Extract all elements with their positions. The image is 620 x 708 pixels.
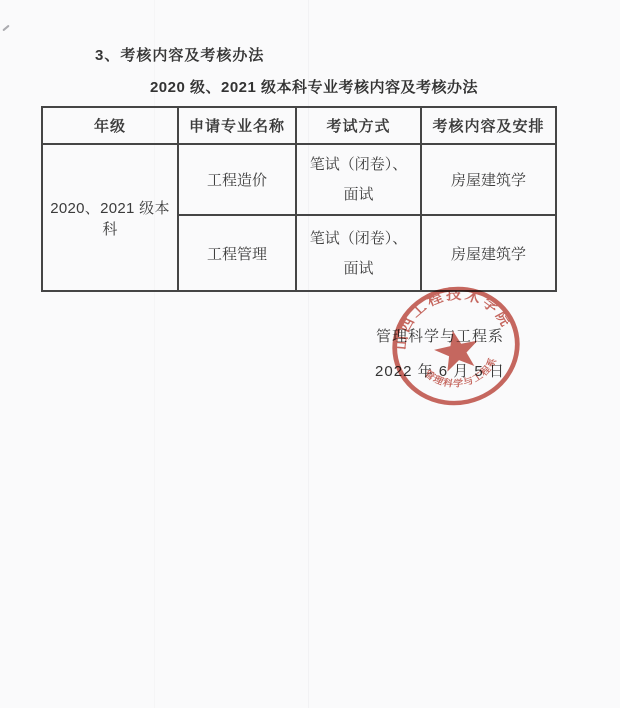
scan-artifact-speck xyxy=(2,25,9,32)
content-cell: 房屋建筑学 xyxy=(421,144,556,215)
table-header-row: 年级 申请专业名称 考试方式 考核内容及安排 xyxy=(42,107,556,144)
major-cell: 工程管理 xyxy=(178,215,296,291)
table-row: 2020、2021 级本科 工程造价 笔试（闭卷）、 面试 房屋建筑学 xyxy=(42,144,556,215)
section-heading: 3、考核内容及考核办法 xyxy=(95,44,264,65)
header-grade: 年级 xyxy=(42,107,178,144)
major-cell: 工程造价 xyxy=(178,144,296,215)
exam-method-line2: 面试 xyxy=(297,261,420,276)
grade-cell: 2020、2021 级本科 xyxy=(42,144,178,291)
exam-method-line2: 面试 xyxy=(297,187,420,202)
header-content: 考核内容及安排 xyxy=(421,107,556,144)
exam-method-cell: 笔试（闭卷）、 面试 xyxy=(296,144,421,215)
header-major: 申请专业名称 xyxy=(178,107,296,144)
header-exam-method: 考试方式 xyxy=(296,107,421,144)
signature-date: 2022 年 6 月 5 日 xyxy=(350,360,530,381)
exam-method-line1: 笔试（闭卷）、 xyxy=(297,231,420,246)
seal-ring xyxy=(384,278,528,415)
content-cell: 房屋建筑学 xyxy=(421,215,556,291)
table-title: 2020 级、2021 级本科专业考核内容及考核办法 xyxy=(0,76,620,97)
assessment-table: 年级 申请专业名称 考试方式 考核内容及安排 2020、2021 级本科 工程造… xyxy=(41,106,557,292)
scanned-document-page: 3、考核内容及考核办法 2020 级、2021 级本科专业考核内容及考核办法 年… xyxy=(0,0,620,708)
exam-method-cell: 笔试（闭卷）、 面试 xyxy=(296,215,421,291)
exam-method-line1: 笔试（闭卷）、 xyxy=(297,157,420,172)
signature-department: 管理科学与工程系 xyxy=(350,325,530,346)
